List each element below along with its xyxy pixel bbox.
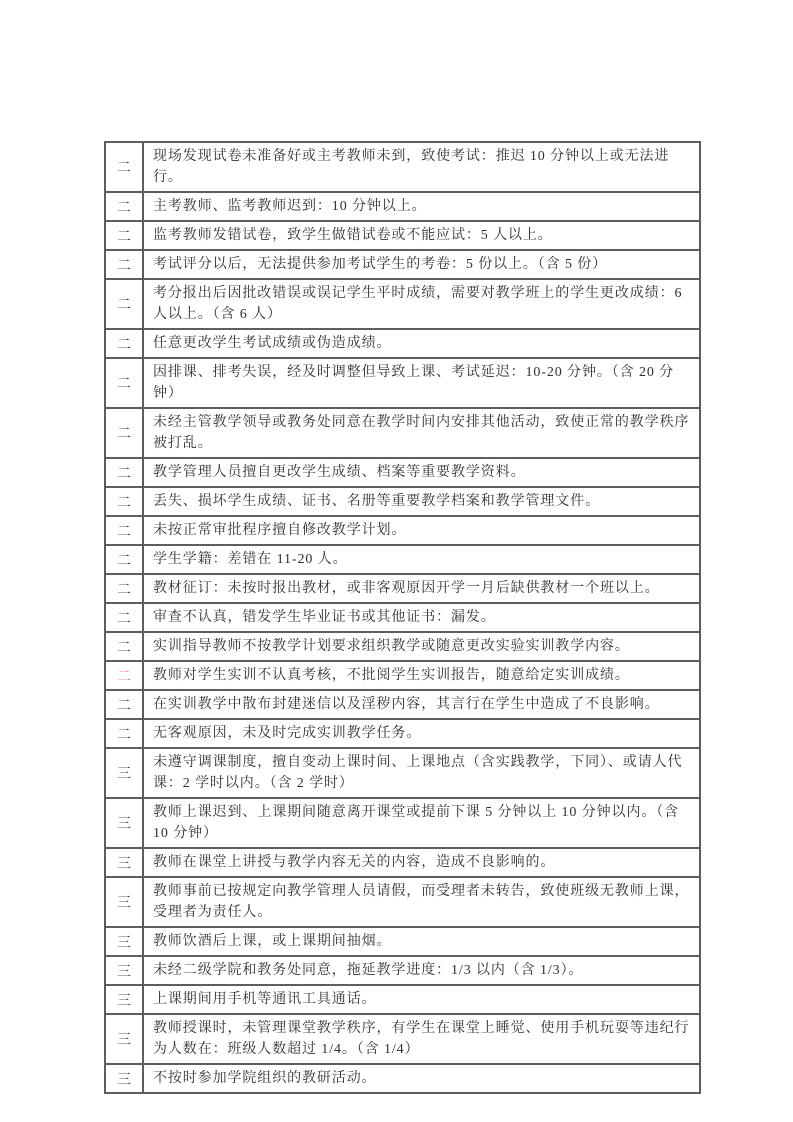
- table-row: 三 上课期间用手机等通讯工具通话。: [105, 985, 700, 1014]
- table-row: 三 教师授课时，未管理课堂教学秩序，有学生在课堂上睡觉、使用手机玩耍等违纪行为人…: [105, 1014, 700, 1064]
- grade-level-cell: 三: [105, 985, 143, 1014]
- table-row: 三 教师上课迟到、上课期间随意离开课堂或提前下课 5 分钟以上 10 分钟以内。…: [105, 798, 700, 848]
- violation-description-cell: 教师事前已按规定向教学管理人员请假，而受理者未转告，致使班级无教师上课，受理者为…: [143, 877, 700, 927]
- table-row: 二 无客观原因，未及时完成实训教学任务。: [105, 719, 700, 748]
- table-row: 二 教师对学生实训不认真考核，不批阅学生实训报告，随意给定实训成绩。: [105, 661, 700, 690]
- violation-description-cell: 教师在课堂上讲授与教学内容无关的内容，造成不良影响的。: [143, 848, 700, 877]
- grade-level-cell: 二: [105, 516, 143, 545]
- table-row: 二 学生学籍：差错在 11-20 人。: [105, 545, 700, 574]
- grade-level-cell: 二: [105, 603, 143, 632]
- violation-description-cell: 未按正常审批程序擅自修改教学计划。: [143, 516, 700, 545]
- violation-description-cell: 上课期间用手机等通讯工具通话。: [143, 985, 700, 1014]
- grade-level-cell: 二: [105, 545, 143, 574]
- table-row: 二 因排课、排考失误，经及时调整但导致上课、考试延迟：10-20 分钟。（含 2…: [105, 358, 700, 408]
- violation-description-cell: 现场发现试卷未准备好或主考教师未到，致使考试：推迟 10 分钟以上或无法进行。: [143, 142, 700, 192]
- grade-level-cell: 二: [105, 574, 143, 603]
- document-page: 二 现场发现试卷未准备好或主考教师未到，致使考试：推迟 10 分钟以上或无法进行…: [0, 0, 793, 1122]
- grade-level-cell: 三: [105, 1014, 143, 1064]
- violation-description-cell: 考试评分以后，无法提供参加考试学生的考卷：5 份以上。（含 5 份）: [143, 250, 700, 279]
- grade-level-cell: 二: [105, 487, 143, 516]
- violation-description-cell: 无客观原因，未及时完成实训教学任务。: [143, 719, 700, 748]
- violation-description-cell: 教学管理人员擅自更改学生成绩、档案等重要教学资料。: [143, 458, 700, 487]
- table-row: 二 实训指导教师不按教学计划要求组织教学或随意更改实验实训教学内容。: [105, 632, 700, 661]
- grade-level-cell: 三: [105, 1064, 143, 1093]
- violation-description-cell: 实训指导教师不按教学计划要求组织教学或随意更改实验实训教学内容。: [143, 632, 700, 661]
- violation-description-cell: 审查不认真，错发学生毕业证书或其他证书：漏发。: [143, 603, 700, 632]
- violation-description-cell: 不按时参加学院组织的教研活动。: [143, 1064, 700, 1093]
- table-row: 三 未遵守调课制度，擅自变动上课时间、上课地点（含实践教学，下同）、或请人代课：…: [105, 748, 700, 798]
- grade-level-cell: 二: [105, 408, 143, 458]
- table-row: 二 现场发现试卷未准备好或主考教师未到，致使考试：推迟 10 分钟以上或无法进行…: [105, 142, 700, 192]
- table-row: 二 丢失、损坏学生成绩、证书、名册等重要教学档案和教学管理文件。: [105, 487, 700, 516]
- grade-level-cell: 二: [105, 329, 143, 358]
- violation-description-cell: 教师授课时，未管理课堂教学秩序，有学生在课堂上睡觉、使用手机玩耍等违纪行为人数在…: [143, 1014, 700, 1064]
- grade-level-cell: 二: [105, 690, 143, 719]
- violation-description-cell: 在实训教学中散布封建迷信以及淫秽内容，其言行在学生中造成了不良影响。: [143, 690, 700, 719]
- table-row: 二 未经主管教学领导或教务处同意在教学时间内安排其他活动，致使正常的教学秩序被打…: [105, 408, 700, 458]
- violation-description-cell: 未经主管教学领导或教务处同意在教学时间内安排其他活动，致使正常的教学秩序被打乱。: [143, 408, 700, 458]
- grade-level-cell: 二: [105, 632, 143, 661]
- table-row: 二 监考教师发错试卷，致学生做错试卷或不能应试：5 人以上。: [105, 221, 700, 250]
- table-row: 二 未按正常审批程序擅自修改教学计划。: [105, 516, 700, 545]
- grade-level-cell: 二: [105, 719, 143, 748]
- violation-description-cell: 教师对学生实训不认真考核，不批阅学生实训报告，随意给定实训成绩。: [143, 661, 700, 690]
- table-row: 三 未经二级学院和教务处同意，拖延教学进度：1/3 以内（含 1/3）。: [105, 956, 700, 985]
- table-row: 二 主考教师、监考教师迟到：10 分钟以上。: [105, 192, 700, 221]
- grade-level-cell: 三: [105, 956, 143, 985]
- table-row: 二 任意更改学生考试成绩或伪造成绩。: [105, 329, 700, 358]
- violation-description-cell: 学生学籍：差错在 11-20 人。: [143, 545, 700, 574]
- violations-table: 二 现场发现试卷未准备好或主考教师未到，致使考试：推迟 10 分钟以上或无法进行…: [104, 141, 701, 1094]
- violation-description-cell: 教师上课迟到、上课期间随意离开课堂或提前下课 5 分钟以上 10 分钟以内。（含…: [143, 798, 700, 848]
- violation-description-cell: 监考教师发错试卷，致学生做错试卷或不能应试：5 人以上。: [143, 221, 700, 250]
- violation-description-cell: 未经二级学院和教务处同意，拖延教学进度：1/3 以内（含 1/3）。: [143, 956, 700, 985]
- grade-level-cell: 三: [105, 748, 143, 798]
- grade-level-cell: 三: [105, 877, 143, 927]
- table-row: 三 不按时参加学院组织的教研活动。: [105, 1064, 700, 1093]
- grade-level-cell: 三: [105, 927, 143, 956]
- grade-level-cell: 二: [105, 279, 143, 329]
- violations-table-body: 二 现场发现试卷未准备好或主考教师未到，致使考试：推迟 10 分钟以上或无法进行…: [105, 142, 700, 1093]
- violation-description-cell: 任意更改学生考试成绩或伪造成绩。: [143, 329, 700, 358]
- grade-level-cell: 二: [105, 250, 143, 279]
- table-row: 二 考分报出后因批改错误或误记学生平时成绩，需要对教学班上的学生更改成绩：6 人…: [105, 279, 700, 329]
- violation-description-cell: 未遵守调课制度，擅自变动上课时间、上课地点（含实践教学，下同）、或请人代课：2 …: [143, 748, 700, 798]
- table-row: 二 在实训教学中散布封建迷信以及淫秽内容，其言行在学生中造成了不良影响。: [105, 690, 700, 719]
- grade-level-cell: 二: [105, 142, 143, 192]
- table-row: 二 教学管理人员擅自更改学生成绩、档案等重要教学资料。: [105, 458, 700, 487]
- grade-level-cell: 二: [105, 221, 143, 250]
- violation-description-cell: 因排课、排考失误，经及时调整但导致上课、考试延迟：10-20 分钟。（含 20 …: [143, 358, 700, 408]
- violation-description-cell: 丢失、损坏学生成绩、证书、名册等重要教学档案和教学管理文件。: [143, 487, 700, 516]
- table-row: 三 教师事前已按规定向教学管理人员请假，而受理者未转告，致使班级无教师上课，受理…: [105, 877, 700, 927]
- table-row: 三 教师饮酒后上课，或上课期间抽烟。: [105, 927, 700, 956]
- violation-description-cell: 教师饮酒后上课，或上课期间抽烟。: [143, 927, 700, 956]
- table-row: 二 考试评分以后，无法提供参加考试学生的考卷：5 份以上。（含 5 份）: [105, 250, 700, 279]
- grade-level-cell: 二: [105, 358, 143, 408]
- violation-description-cell: 考分报出后因批改错误或误记学生平时成绩，需要对教学班上的学生更改成绩：6 人以上…: [143, 279, 700, 329]
- table-row: 二 教材征订：未按时报出教材，或非客观原因开学一月后缺供教材一个班以上。: [105, 574, 700, 603]
- violation-description-cell: 主考教师、监考教师迟到：10 分钟以上。: [143, 192, 700, 221]
- grade-level-cell: 三: [105, 848, 143, 877]
- grade-level-cell: 二: [105, 458, 143, 487]
- grade-level-cell: 三: [105, 798, 143, 848]
- table-row: 二 审查不认真，错发学生毕业证书或其他证书：漏发。: [105, 603, 700, 632]
- grade-level-cell: 二: [105, 661, 143, 690]
- table-row: 三 教师在课堂上讲授与教学内容无关的内容，造成不良影响的。: [105, 848, 700, 877]
- grade-level-cell: 二: [105, 192, 143, 221]
- violation-description-cell: 教材征订：未按时报出教材，或非客观原因开学一月后缺供教材一个班以上。: [143, 574, 700, 603]
